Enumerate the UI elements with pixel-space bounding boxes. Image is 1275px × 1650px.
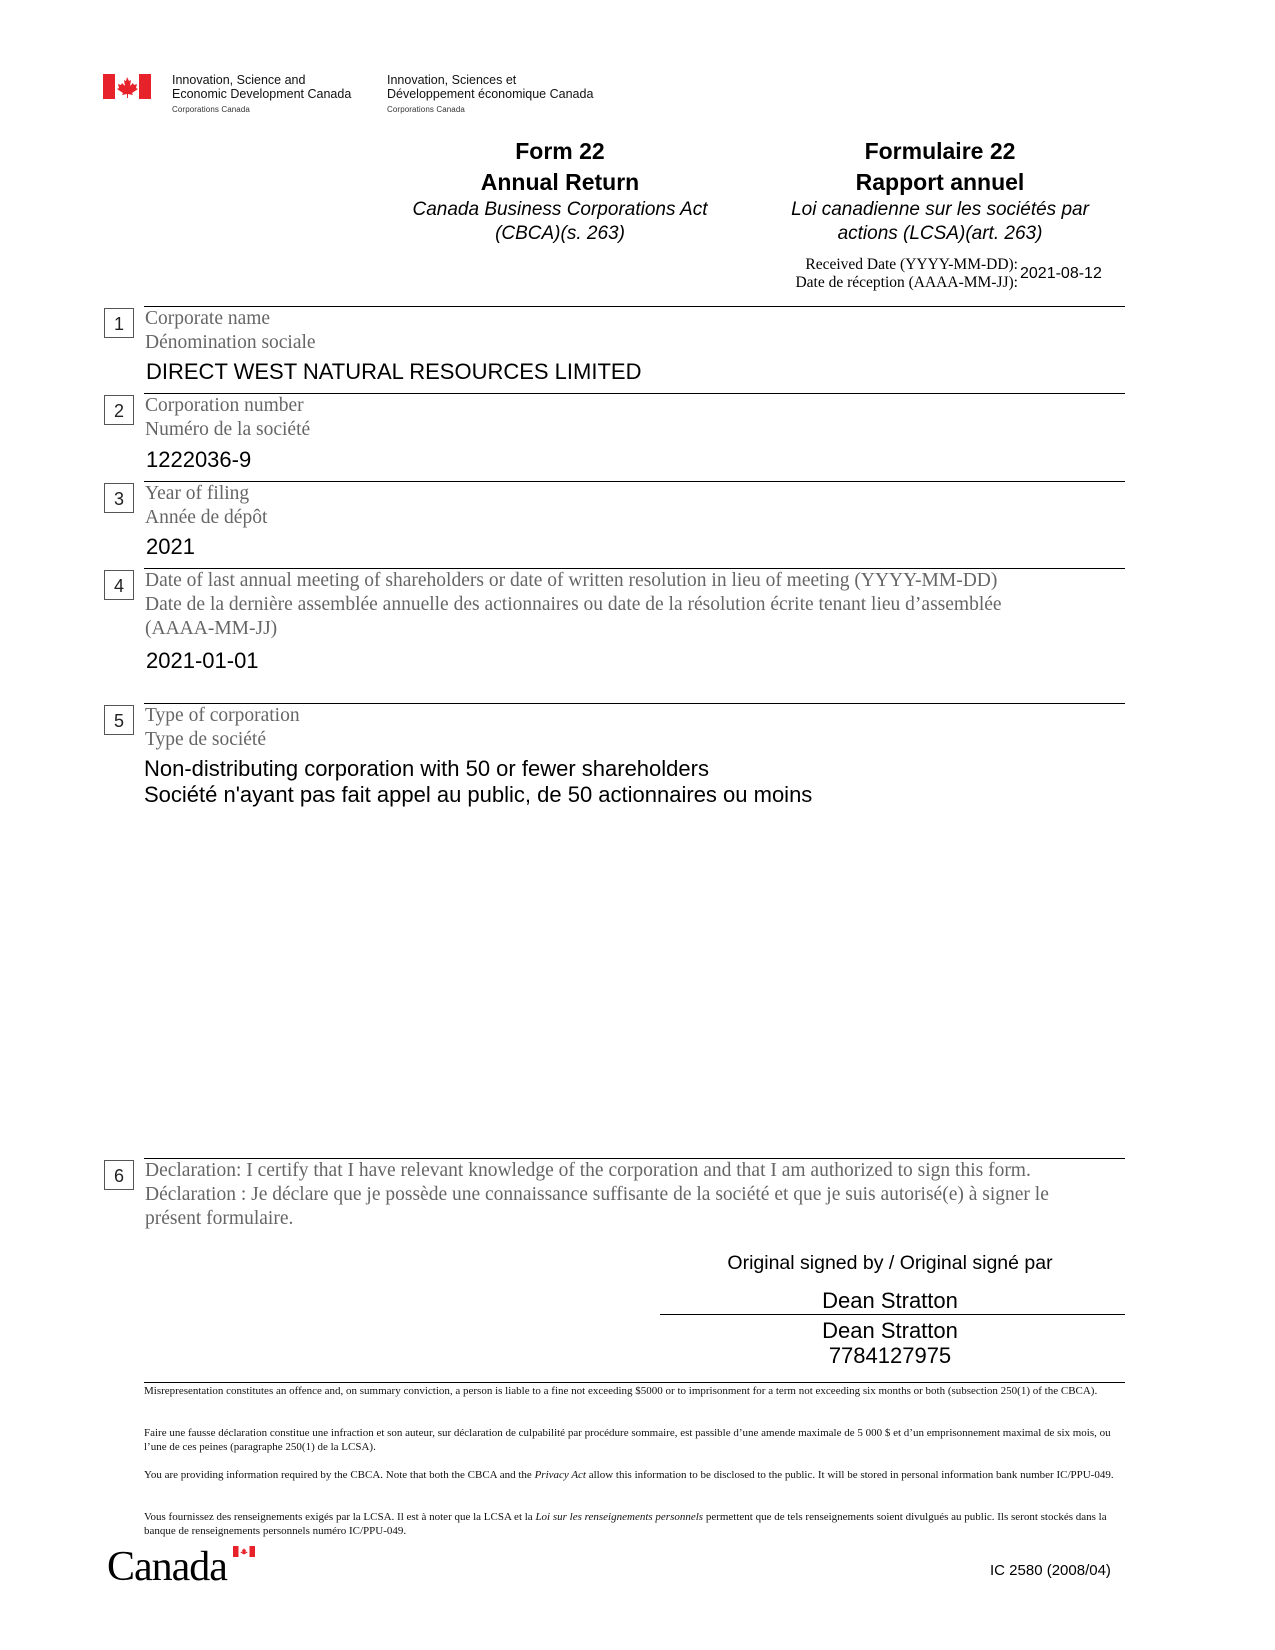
privacy-act-title: Privacy Act: [535, 1469, 586, 1481]
received-date-label-fr: Date de réception (AAAA-MM-JJ):: [770, 274, 1018, 292]
fine-print-misrepresentation-fr: Faire une fausse déclaration constitue u…: [144, 1426, 1124, 1454]
received-date-label-en: Received Date (YYYY-MM-DD):: [770, 256, 1018, 274]
section-number-6: 6: [104, 1160, 134, 1190]
label-fr: Déclaration : Je déclare que je possède …: [145, 1183, 1049, 1207]
department-line: Economic Development Canada: [172, 87, 351, 101]
department-name-fr: Innovation, Sciences et Développement éc…: [387, 73, 593, 117]
text: allow this information to be disclosed t…: [586, 1469, 1114, 1481]
department-name-en: Innovation, Science and Economic Develop…: [172, 73, 351, 117]
section-number-4: 4: [104, 570, 134, 600]
fine-print-privacy-en: You are providing information required b…: [144, 1468, 1124, 1482]
canada-wordmark: Canada: [107, 1543, 227, 1591]
corporation-type-value: Non-distributing corporation with 50 or …: [144, 756, 812, 808]
label-en: Corporation number: [145, 394, 310, 418]
form-title-en: Form 22 Annual Return Canada Business Co…: [390, 136, 730, 246]
declaration-label: Declaration: I certify that I have relev…: [145, 1159, 1049, 1231]
form-name: Rapport annuel: [770, 167, 1110, 198]
form-code: IC 2580 (2008/04): [990, 1562, 1111, 1579]
signature-name: Dean Stratton: [660, 1288, 1120, 1314]
last-meeting-date-value: 2021-01-01: [146, 648, 259, 674]
label-fr-format: (AAAA-MM-JJ): [145, 617, 1002, 641]
department-line: Innovation, Science and: [172, 73, 351, 87]
corporation-type-en: Non-distributing corporation with 50 or …: [144, 756, 812, 782]
corporate-name-value: DIRECT WEST NATURAL RESOURCES LIMITED: [146, 359, 641, 385]
section-number-3: 3: [104, 483, 134, 513]
form-title-fr: Formulaire 22 Rapport annuel Loi canadie…: [770, 136, 1110, 246]
corporation-type-fr: Société n'ayant pas fait appel au public…: [144, 782, 812, 808]
department-subtitle: Corporations Canada: [387, 103, 593, 117]
corporation-number-value: 1222036-9: [146, 447, 251, 473]
department-subtitle: Corporations Canada: [172, 103, 351, 117]
label-fr: Type de société: [145, 728, 300, 752]
label-en: Declaration: I certify that I have relev…: [145, 1159, 1049, 1183]
text: Vous fournissez des renseignements exigé…: [144, 1511, 535, 1523]
department-line: Développement économique Canada: [387, 87, 593, 101]
corporate-name-label: Corporate name Dénomination sociale: [145, 307, 316, 355]
received-date-value: 2021-08-12: [1020, 265, 1102, 283]
label-fr: Dénomination sociale: [145, 331, 316, 355]
act-section: actions (LCSA)(art. 263): [770, 222, 1110, 246]
year-of-filing-label: Year of filing Année de dépôt: [145, 482, 267, 530]
act-section: (CBCA)(s. 263): [390, 222, 730, 246]
label-en: Year of filing: [145, 482, 267, 506]
form-number: Form 22: [390, 136, 730, 167]
fine-print-misrepresentation-en: Misrepresentation constitutes an offence…: [144, 1384, 1124, 1398]
privacy-act-title: Loi sur les renseignements personnels: [535, 1511, 703, 1523]
form-name: Annual Return: [390, 167, 730, 198]
corporation-type-label: Type of corporation Type de société: [145, 704, 300, 752]
label-fr: Date de la dernière assemblée annuelle d…: [145, 593, 1002, 617]
last-meeting-date-label: Date of last annual meeting of sharehold…: [145, 569, 1002, 641]
act-name: Canada Business Corporations Act: [390, 198, 730, 222]
received-date: Received Date (YYYY-MM-DD): Date de réce…: [770, 256, 1115, 292]
fine-print-privacy-fr: Vous fournissez des renseignements exigé…: [144, 1510, 1124, 1538]
fine-print-divider: [144, 1382, 1125, 1383]
canada-flag-icon: [233, 1546, 255, 1557]
section-number-1: 1: [104, 308, 134, 338]
section-number-5: 5: [104, 705, 134, 735]
form-number: Formulaire 22: [770, 136, 1110, 167]
act-name: Loi canadienne sur les sociétés par: [770, 198, 1110, 222]
signature-line: [660, 1314, 1125, 1315]
year-of-filing-value: 2021: [146, 534, 195, 560]
text: You are providing information required b…: [144, 1469, 535, 1481]
section-divider: [144, 481, 1125, 482]
signer-phone: 7784127975: [660, 1343, 1120, 1368]
label-en: Type of corporation: [145, 704, 300, 728]
label-en: Date of last annual meeting of sharehold…: [145, 569, 1002, 593]
label-fr: Année de dépôt: [145, 506, 267, 530]
label-en: Corporate name: [145, 307, 316, 331]
label-fr: Numéro de la société: [145, 418, 310, 442]
department-line: Innovation, Sciences et: [387, 73, 593, 87]
canada-flag-icon: [103, 74, 151, 99]
section-number-2: 2: [104, 395, 134, 425]
signer-printed-name: Dean Stratton: [660, 1318, 1120, 1343]
label-fr-cont: présent formulaire.: [145, 1207, 1049, 1231]
signed-by-label: Original signed by / Original signé par: [660, 1252, 1120, 1275]
corporation-number-label: Corporation number Numéro de la société: [145, 394, 310, 442]
